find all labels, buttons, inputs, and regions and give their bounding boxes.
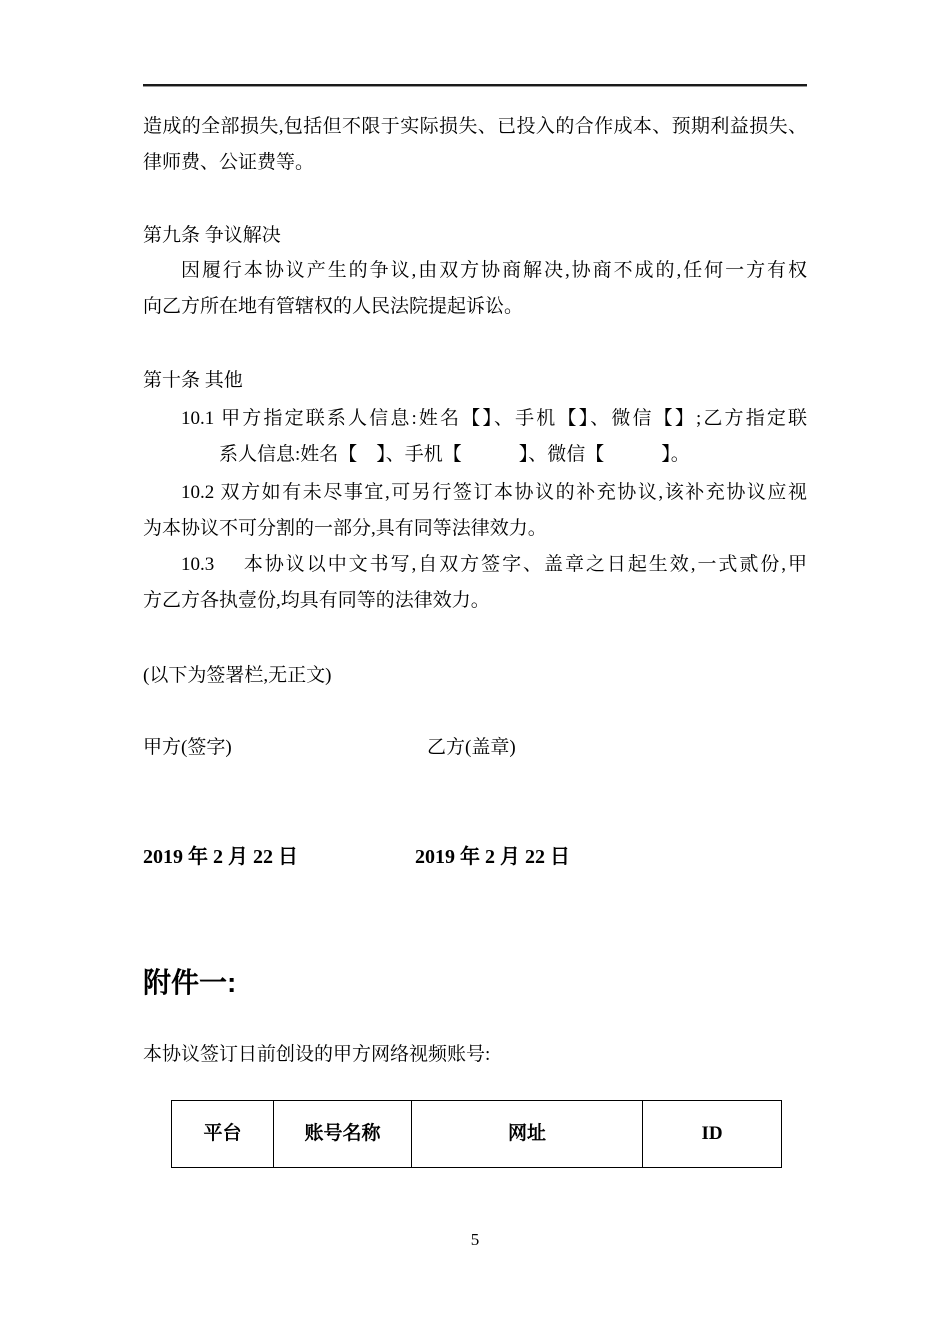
page-number: 5	[143, 1222, 807, 1258]
signature-note: (以下为签署栏,无正文)	[143, 658, 807, 694]
accounts-table: 平台 账号名称 网址 ID	[171, 1100, 782, 1168]
article9-heading: 第九条 争议解决	[143, 218, 807, 254]
party-b-date: 2019 年 2 月 22 日	[415, 839, 570, 875]
clause-10-2-line: 为本协议不可分割的一部分,具有同等法律效力。	[143, 511, 807, 547]
paragraph-losses-line: 造成的全部损失,包括但不限于实际损失、已投入的合作成本、预期利益损失、	[143, 109, 807, 145]
attachment-one-heading: 附件一:	[143, 961, 807, 1005]
paragraph-losses: 造成的全部损失,包括但不限于实际损失、已投入的合作成本、预期利益损失、 律师费、…	[143, 109, 807, 181]
clause-10-3-line: 10.3 本协议以中文书写,自双方签字、盖章之日起生效,一式贰份,甲	[143, 547, 807, 583]
column-header-url: 网址	[412, 1101, 643, 1168]
clause-10-3-line: 方乙方各执壹份,均具有同等的法律效力。	[143, 583, 807, 619]
clause-10-1-line: 10.1 甲方指定联系人信息:姓名【】、手机【】、微信【】;乙方指定联	[143, 401, 807, 437]
clause-10-3: 10.3 本协议以中文书写,自双方签字、盖章之日起生效,一式贰份,甲 方乙方各执…	[143, 547, 807, 619]
paragraph-losses-line: 律师费、公证费等。	[143, 145, 807, 181]
clause-10-1-line: 系人信息:姓名【 】、手机【 】、微信【 】。	[143, 437, 807, 473]
signature-row: 甲方(签字) 乙方(盖章)	[143, 730, 807, 766]
column-header-account-name: 账号名称	[274, 1101, 412, 1168]
clause-10-2: 10.2 双方如有未尽事宜,可另行签订本协议的补充协议,该补充协议应视 为本协议…	[143, 475, 807, 547]
clause-10-2-line: 10.2 双方如有未尽事宜,可另行签订本协议的补充协议,该补充协议应视	[143, 475, 807, 511]
party-a-signature-label: 甲方(签字)	[143, 730, 232, 766]
party-a-date: 2019 年 2 月 22 日	[143, 839, 298, 875]
party-b-seal-label: 乙方(盖章)	[427, 730, 516, 766]
attachment-description: 本协议签订日前创设的甲方网络视频账号:	[143, 1037, 807, 1073]
clause-10-1: 10.1 甲方指定联系人信息:姓名【】、手机【】、微信【】;乙方指定联 系人信息…	[143, 401, 807, 473]
header-rule	[143, 84, 807, 87]
article9-body: 因履行本协议产生的争议,由双方协商解决,协商不成的,任何一方有权 向乙方所在地有…	[143, 253, 807, 325]
article9-body-line: 因履行本协议产生的争议,由双方协商解决,协商不成的,任何一方有权	[143, 253, 807, 289]
accounts-table-header-row: 平台 账号名称 网址 ID	[172, 1101, 782, 1168]
column-header-id: ID	[643, 1101, 782, 1168]
article10-heading: 第十条 其他	[143, 363, 807, 399]
article9-body-line: 向乙方所在地有管辖权的人民法院提起诉讼。	[143, 289, 807, 325]
signature-date-row: 2019 年 2 月 22 日 2019 年 2 月 22 日	[143, 839, 807, 875]
column-header-platform: 平台	[172, 1101, 274, 1168]
contract-document-page: 造成的全部损失,包括但不限于实际损失、已投入的合作成本、预期利益损失、 律师费、…	[0, 0, 950, 1344]
